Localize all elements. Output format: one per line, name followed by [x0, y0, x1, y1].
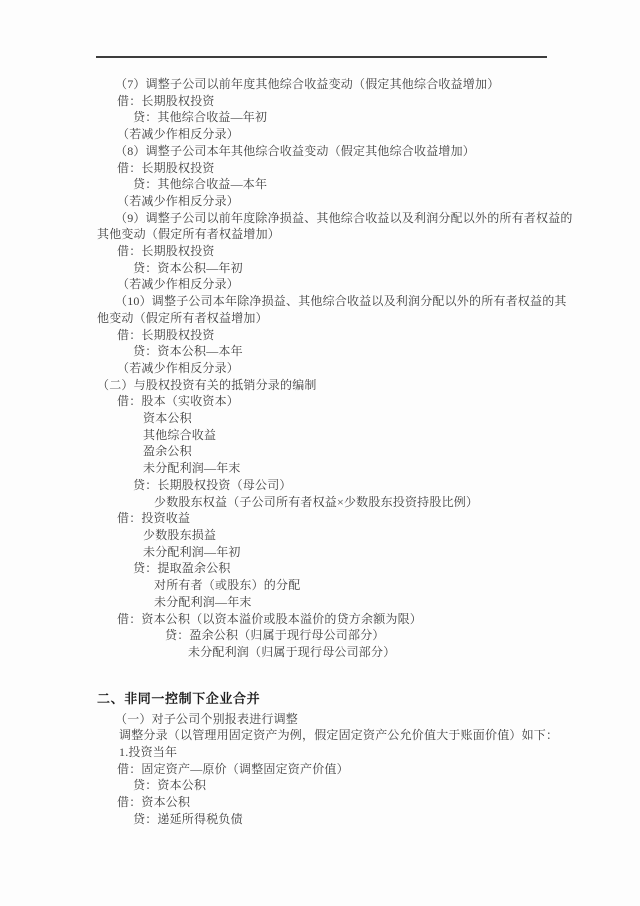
document-line: 少数股东损益 — [143, 527, 622, 544]
document-line: 借：长期股权投资 — [117, 327, 622, 344]
document-line: 贷：其他综合收益—本年 — [133, 176, 622, 193]
document-line: 借：固定资产—原价（调整固定资产价值） — [117, 761, 622, 778]
document-line: （若减少作相反分录） — [117, 360, 622, 377]
section-noncommon-control: （一）对子公司个别报表进行调整调整分录（以管理用固定资产为例，假定固定资产公允价… — [97, 711, 622, 828]
document-line: 资本公积 — [143, 410, 622, 427]
document-line: （8）调整子公司本年其他综合收益变动（假定其他综合收益增加） — [115, 143, 622, 160]
document-line: 1.投资当年 — [119, 744, 622, 761]
document-line: 贷：资本公积 — [133, 777, 622, 794]
document-line: 贷：资本公积—年初 — [133, 260, 622, 277]
document-line: 借：长期股权投资 — [117, 243, 622, 260]
document-line: 贷：长期股权投资（母公司） — [133, 477, 622, 494]
document-line: 他变动（假定所有者权益增加） — [97, 310, 622, 327]
document-line: （10）调整子公司本年除净损益、其他综合收益以及利润分配以外的所有者权益的其 — [115, 293, 622, 310]
document-line: 少数股东权益（子公司所有者权益×少数股东投资持股比例） — [154, 494, 622, 511]
document-line: 借：资本公积 — [117, 794, 622, 811]
document-line: 借：资本公积（以资本溢价或股本溢价的贷方余额为限） — [117, 611, 622, 628]
document-line: 未分配利润—年初 — [143, 544, 622, 561]
document-page: （7）调整子公司以前年度其他综合收益变动（假定其他综合收益增加）借：长期股权投资… — [0, 0, 640, 906]
document-line: （7）调整子公司以前年度其他综合收益变动（假定其他综合收益增加） — [115, 76, 622, 93]
document-line: （一）对子公司个别报表进行调整 — [115, 711, 622, 728]
section-heading: 二、非同一控制下企业合并 — [97, 690, 622, 707]
document-line: （若减少作相反分录） — [117, 276, 622, 293]
document-line: 盈余公积 — [143, 443, 622, 460]
document-line: 借：股本（实收资本） — [117, 393, 622, 410]
document-line: （若减少作相反分录） — [117, 193, 622, 210]
document-line: 其他综合收益 — [143, 427, 622, 444]
document-line: 借：投资收益 — [117, 510, 622, 527]
document-line: 未分配利润（归属于现行母公司部分） — [188, 644, 622, 661]
document-line: （若减少作相反分录） — [117, 126, 622, 143]
document-line: 未分配利润—年末 — [154, 594, 622, 611]
document-line: 未分配利润—年末 — [143, 460, 622, 477]
document-line: 贷：递延所得税负债 — [133, 811, 622, 828]
document-body: （7）调整子公司以前年度其他综合收益变动（假定其他综合收益增加）借：长期股权投资… — [97, 76, 622, 828]
document-line: 贷：资本公积—本年 — [133, 343, 622, 360]
document-line: 贷：提取盈余公积 — [133, 560, 622, 577]
document-line: 贷：其他综合收益—年初 — [133, 109, 622, 126]
document-line: （9）调整子公司以前年度除净损益、其他综合收益以及利润分配以外的所有者权益的 — [115, 210, 622, 227]
document-line: 借：长期股权投资 — [117, 93, 622, 110]
document-line: 贷：盈余公积（归属于现行母公司部分） — [165, 627, 622, 644]
document-line: 调整分录（以管理用固定资产为例，假定固定资产公允价值大于账面价值）如下： — [119, 727, 622, 744]
document-line: 对所有者（或股东）的分配 — [154, 577, 622, 594]
section-equity-adjust-entries: （7）调整子公司以前年度其他综合收益变动（假定其他综合收益增加）借：长期股权投资… — [97, 76, 622, 661]
document-line: 其他变动（假定所有者权益增加） — [97, 226, 622, 243]
divider-line — [96, 56, 547, 58]
document-line: 借：长期股权投资 — [117, 160, 622, 177]
document-line: （二）与股权投资有关的抵销分录的编制 — [97, 377, 622, 394]
